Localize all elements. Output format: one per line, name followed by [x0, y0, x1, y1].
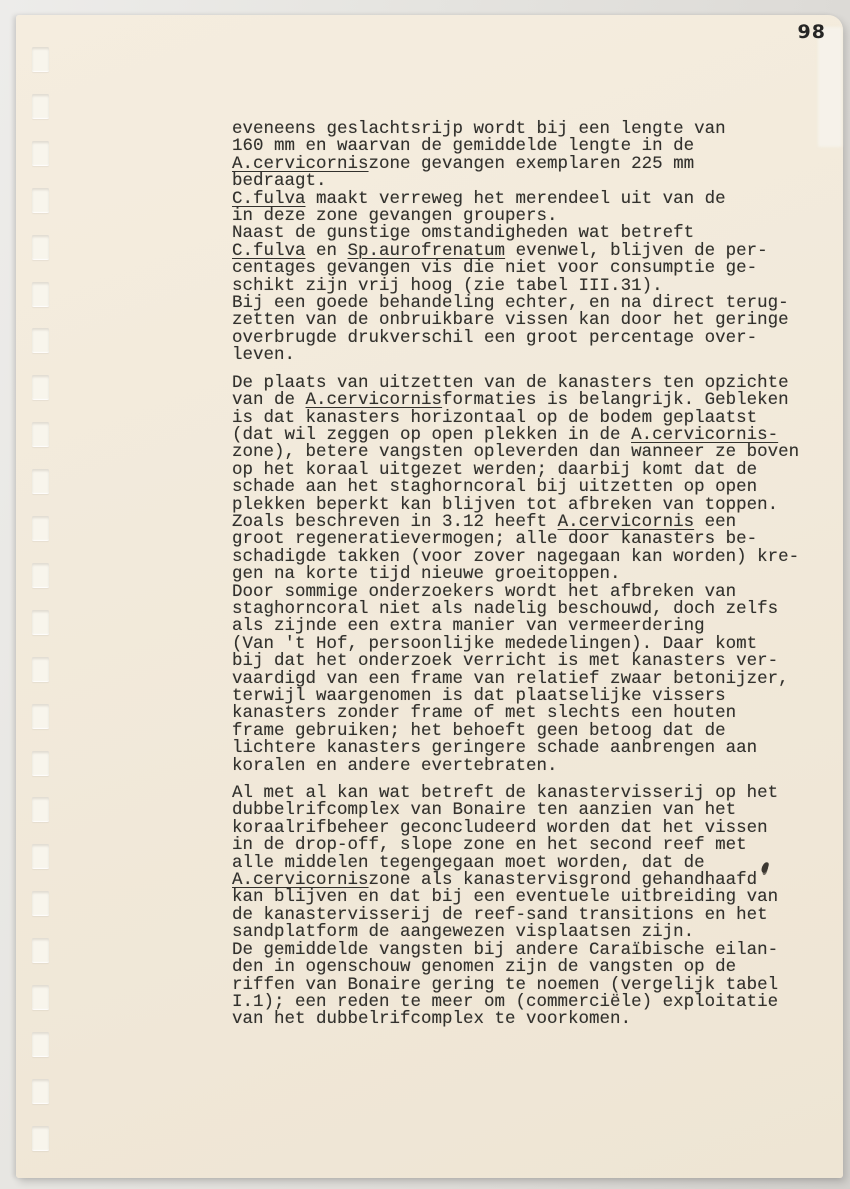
binder-hole — [32, 704, 49, 729]
binder-hole — [32, 938, 49, 963]
binder-hole — [32, 610, 49, 635]
typewritten-text: eveneens geslachtsrijp wordt bij een len… — [232, 121, 799, 1039]
binder-hole — [32, 141, 49, 166]
binder-hole — [32, 891, 49, 916]
binder-hole — [32, 375, 49, 400]
paragraph: Al met al kan wat betreft de kanastervis… — [232, 785, 799, 1029]
text-line: overbrugde drukverschil een groot percen… — [232, 330, 799, 347]
document-page: 98 eveneens geslachtsrijp wordt bij een … — [16, 15, 843, 1178]
binder-hole — [32, 282, 49, 307]
binder-hole — [32, 1032, 49, 1057]
binder-hole — [32, 1126, 49, 1151]
binder-hole — [32, 751, 49, 776]
binder-hole — [32, 985, 49, 1010]
text-segment: leven. — [232, 345, 295, 365]
binder-hole — [32, 328, 49, 353]
binder-hole — [32, 844, 49, 869]
paragraph: De plaats van uitzetten van de kanasters… — [232, 375, 799, 775]
text-line: koralen en andere evertebraten. — [232, 758, 799, 775]
binder-hole — [32, 422, 49, 447]
tape-mark — [818, 27, 842, 147]
text-line: leven. — [232, 347, 799, 364]
binder-hole — [32, 516, 49, 541]
binder-hole — [32, 235, 49, 260]
binder-hole — [32, 797, 49, 822]
binder-hole — [32, 1079, 49, 1104]
text-segment: zone gevangen exemplaren 225 mm — [369, 154, 695, 174]
binder-hole — [32, 469, 49, 494]
text-segment: van het dubbelrifcomplex te voorkomen. — [232, 1009, 631, 1029]
binder-holes — [16, 15, 76, 1178]
text-segment: overbrugde drukverschil een groot percen… — [232, 328, 757, 348]
text-line: van het dubbelrifcomplex te voorkomen. — [232, 1011, 799, 1028]
binder-hole — [32, 94, 49, 119]
page-number: 98 — [798, 21, 826, 43]
binder-hole — [32, 188, 49, 213]
binder-hole — [32, 657, 49, 682]
binder-hole — [32, 47, 49, 72]
binder-hole — [32, 563, 49, 588]
paragraph: eveneens geslachtsrijp wordt bij een len… — [232, 121, 799, 365]
text-segment: koralen en andere evertebraten. — [232, 756, 558, 776]
